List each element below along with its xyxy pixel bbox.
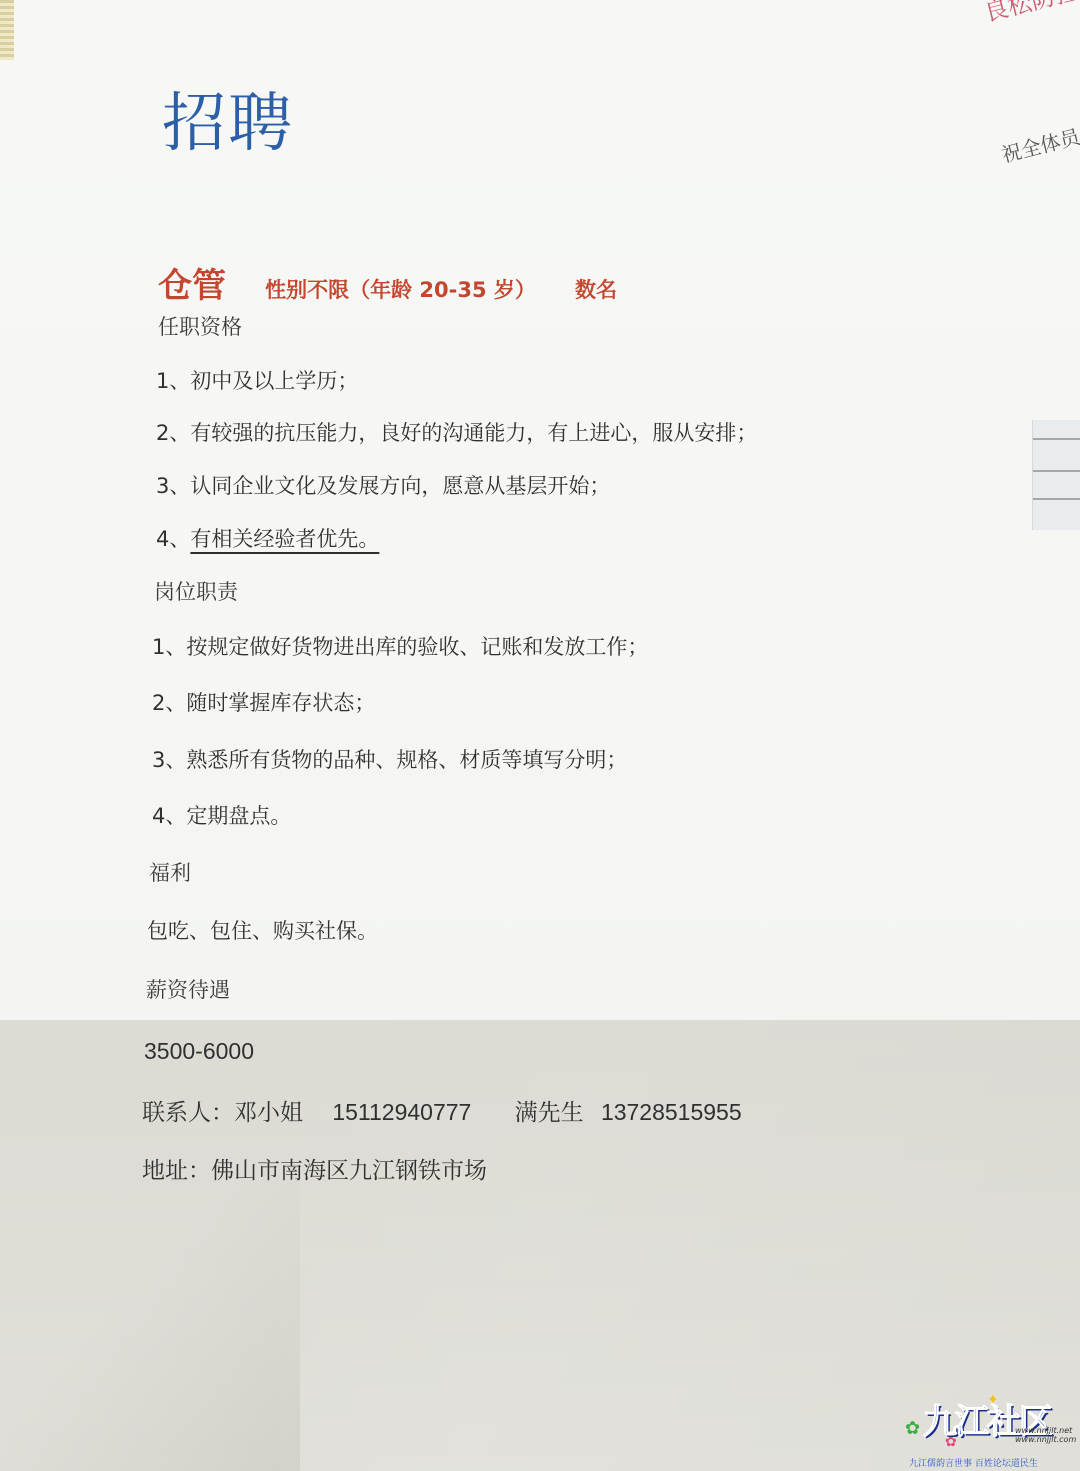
- salary-heading: 薪资待遇: [146, 980, 230, 1001]
- contacts-label: 联系人：: [142, 1100, 234, 1126]
- green-flower-icon: ✿: [905, 1418, 920, 1439]
- qualification-item: 4、有相关经验者优先。: [156, 529, 379, 550]
- watermark-url: www.nnjjlt.netwww.nnjjlt.com: [1015, 1426, 1076, 1444]
- job-count: 数名: [575, 278, 617, 302]
- duties-heading: 岗位职责: [154, 582, 238, 603]
- qualification-item-prefix: 4、: [156, 527, 190, 551]
- qualification-item: 2、有较强的抗压能力，良好的沟通能力，有上进心，服从安排；: [156, 423, 757, 444]
- job-requirement: 性别不限（年龄 20-35 岁）: [265, 278, 536, 302]
- address-value: 佛山市南海区九江钢铁市场: [211, 1158, 487, 1184]
- shadow-triangle: [0, 1180, 300, 1471]
- address-line: 地址：佛山市南海区九江钢铁市场: [142, 1160, 487, 1183]
- qualification-item: 1、初中及以上学历；: [156, 371, 358, 392]
- job-name: 仓管: [158, 266, 226, 306]
- qualification-item: 3、认同企业文化及发展方向，愿意从基层开始；: [156, 476, 610, 497]
- right-paper-stack: [1032, 420, 1080, 530]
- watermark-url-2: www.nnjjlt.com: [1015, 1435, 1076, 1444]
- contact-2-name: 满先生: [515, 1100, 584, 1126]
- qualification-item-text: 有相关经验者优先。: [190, 527, 379, 551]
- paper-edge-line: [1033, 438, 1080, 440]
- left-edge-object: [0, 0, 14, 60]
- watermark-logo: ✿ ✿ ✦ 九江社区 www.nnjjlt.netwww.nnjjlt.com …: [905, 1394, 1077, 1468]
- benefits-text: 包吃、包住、购买社保。: [147, 921, 378, 942]
- duty-item: 3、熟悉所有货物的品种、规格、材质等填写分明；: [152, 750, 627, 771]
- qualifications-heading: 任职资格: [158, 317, 242, 338]
- address-label: 地址：: [142, 1158, 211, 1184]
- duty-item: 1、按规定做好货物进出库的验收、记账和发放工作；: [152, 637, 648, 658]
- duty-item: 2、随时掌握库存状态；: [152, 693, 375, 714]
- watermark-slogan: 九江儒韵言世事 百姓论坛道民生: [909, 1456, 1038, 1469]
- paper-edge-line: [1033, 470, 1080, 472]
- page-title: 招聘: [162, 92, 294, 156]
- watermark-url-1: www.nnjjlt.net: [1015, 1426, 1072, 1435]
- paper-edge-line: [1033, 498, 1080, 500]
- duty-item: 4、定期盘点。: [152, 806, 291, 827]
- contacts-line: 联系人：邓小姐 15112940777 满先生 13728515955: [142, 1101, 742, 1125]
- contact-1-name: 邓小姐: [234, 1100, 303, 1126]
- salary-range: 3500-6000: [144, 1040, 254, 1063]
- benefits-heading: 福利: [149, 863, 191, 884]
- job-header: 仓管 性别不限（年龄 20-35 岁） 数名: [158, 258, 617, 307]
- contact-1-phone: 15112940777: [332, 1099, 471, 1125]
- contact-2-phone: 13728515955: [601, 1099, 742, 1125]
